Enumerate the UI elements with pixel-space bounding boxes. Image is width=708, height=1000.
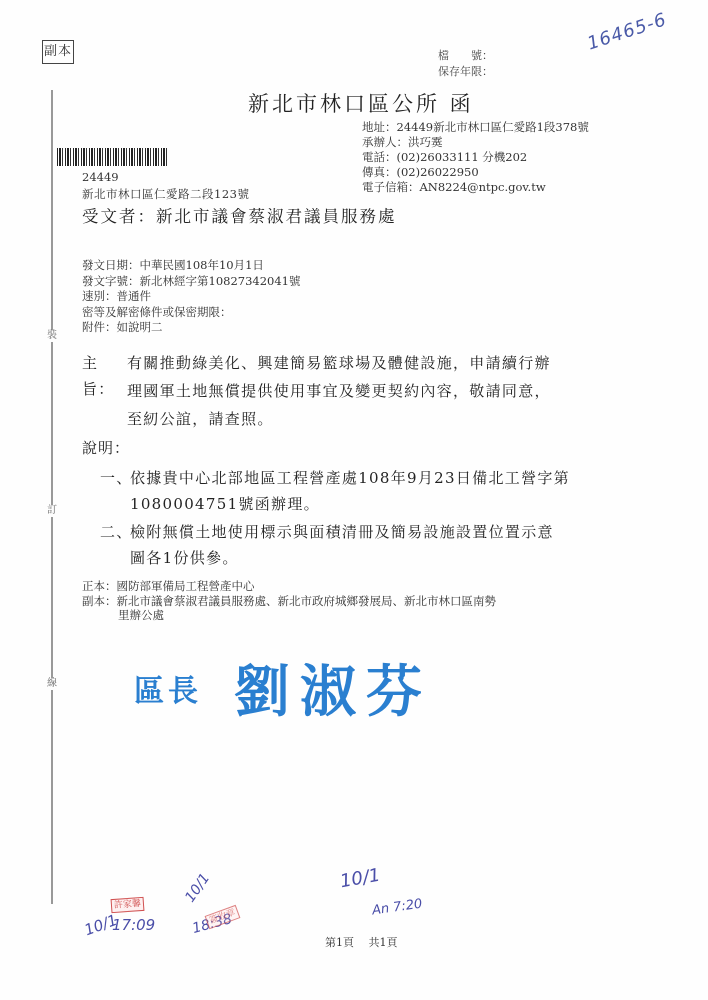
issue-date: 發文日期：中華民國108年10月1日 xyxy=(82,258,300,274)
description-item-line: 1080004751號函辦理。 xyxy=(130,493,320,514)
security-level: 密等及解密條件或保密期限： xyxy=(82,305,300,321)
signature-name: 劉淑芬 xyxy=(234,648,432,728)
document-title: 新北市林口區公所 函 xyxy=(248,88,474,118)
fax-number: 傳真：(02)26022950 xyxy=(362,165,589,180)
attachment-note: 附件：如說明二 xyxy=(82,320,300,336)
handwritten-file-number: 16465-6 xyxy=(585,9,670,54)
description-label: 說明： xyxy=(82,437,130,458)
handwritten-initial-right: An 7:20 xyxy=(371,897,423,919)
barcode xyxy=(57,148,167,166)
archive-info: 檔 號： 保存年限： xyxy=(438,48,493,80)
handwritten-time-left: 17:09 xyxy=(112,916,155,934)
receipt-stamp-left: 許家馨 xyxy=(111,897,145,913)
office-address: 地址：24449新北市林口區仁愛路1段378號 xyxy=(362,120,589,135)
official-letter-page: 副本 檔 號： 保存年限： 16465-6 裝 訂 線 新北市林口區公所 函 地… xyxy=(0,0,708,1000)
distribution-list: 正本：國防部軍備局工程營產中心 副本：新北市議會蔡淑君議員服務處、新北市政府城鄉… xyxy=(82,579,496,623)
recipient-address: 新北市林口區仁愛路二段123號 xyxy=(82,186,249,202)
handwritten-date-mid: 10/1 xyxy=(182,871,213,906)
contact-block: 地址：24449新北市林口區仁愛路1段378號 承辦人：洪巧霙 電話：(02)2… xyxy=(362,120,589,195)
subject-label: 主旨： xyxy=(82,350,115,402)
file-number-label: 檔 號： xyxy=(438,48,493,64)
binding-line xyxy=(51,90,53,904)
description-item-line: 依據貴中心北部地區工程營產處108年9月23日備北工營字第 xyxy=(130,467,570,488)
page-number: 第1頁 共1頁 xyxy=(325,934,398,950)
description-item-marker: 一、 xyxy=(100,467,133,488)
handwritten-date-right: 10/1 xyxy=(338,865,381,893)
description-item-line: 圖各1份供參。 xyxy=(130,547,239,568)
description-item-marker: 二、 xyxy=(100,521,133,542)
email-address: 電子信箱：AN8224@ntpc.gov.tw xyxy=(362,180,589,195)
document-number: 發文字號：新北林經字第10827342041號 xyxy=(82,274,300,290)
binding-mark-xian: 線 xyxy=(46,678,58,690)
copy-recipients-continued: 里辦公處 xyxy=(82,608,496,623)
subject-line: 理國軍土地無償提供使用事宜及變更契約內容，敬請同意， xyxy=(127,378,551,404)
delivery-speed: 速別：普通件 xyxy=(82,289,300,305)
recipient-zip-code: 24449 xyxy=(82,170,119,184)
binding-mark-ding: 訂 xyxy=(46,505,58,517)
retention-period-label: 保存年限： xyxy=(438,64,493,80)
handler-name: 承辦人：洪巧霙 xyxy=(362,135,589,150)
description-item-line: 檢附無償土地使用標示與面積清冊及簡易設施設置位置示意 xyxy=(130,521,554,542)
original-recipient: 正本：國防部軍備局工程營產中心 xyxy=(82,579,496,594)
copy-recipients: 副本：新北市議會蔡淑君議員服務處、新北市政府城鄉發展局、新北市林口區南勢 xyxy=(82,594,496,609)
signature-title: 區長 xyxy=(134,666,202,710)
recipient: 受文者：新北市議會蔡淑君議員服務處 xyxy=(82,203,397,227)
subject-line: 至紉公誼，請查照。 xyxy=(127,406,274,432)
subject-line: 有關推動綠美化、興建簡易籃球場及體健設施，申請續行辦 xyxy=(127,350,551,376)
phone-number: 電話：(02)26033111 分機202 xyxy=(362,150,589,165)
binding-mark-zhuang: 裝 xyxy=(46,330,58,342)
copy-label-box: 副本 xyxy=(42,40,74,64)
document-meta: 發文日期：中華民國108年10月1日 發文字號：新北林經字第1082734204… xyxy=(82,258,300,336)
